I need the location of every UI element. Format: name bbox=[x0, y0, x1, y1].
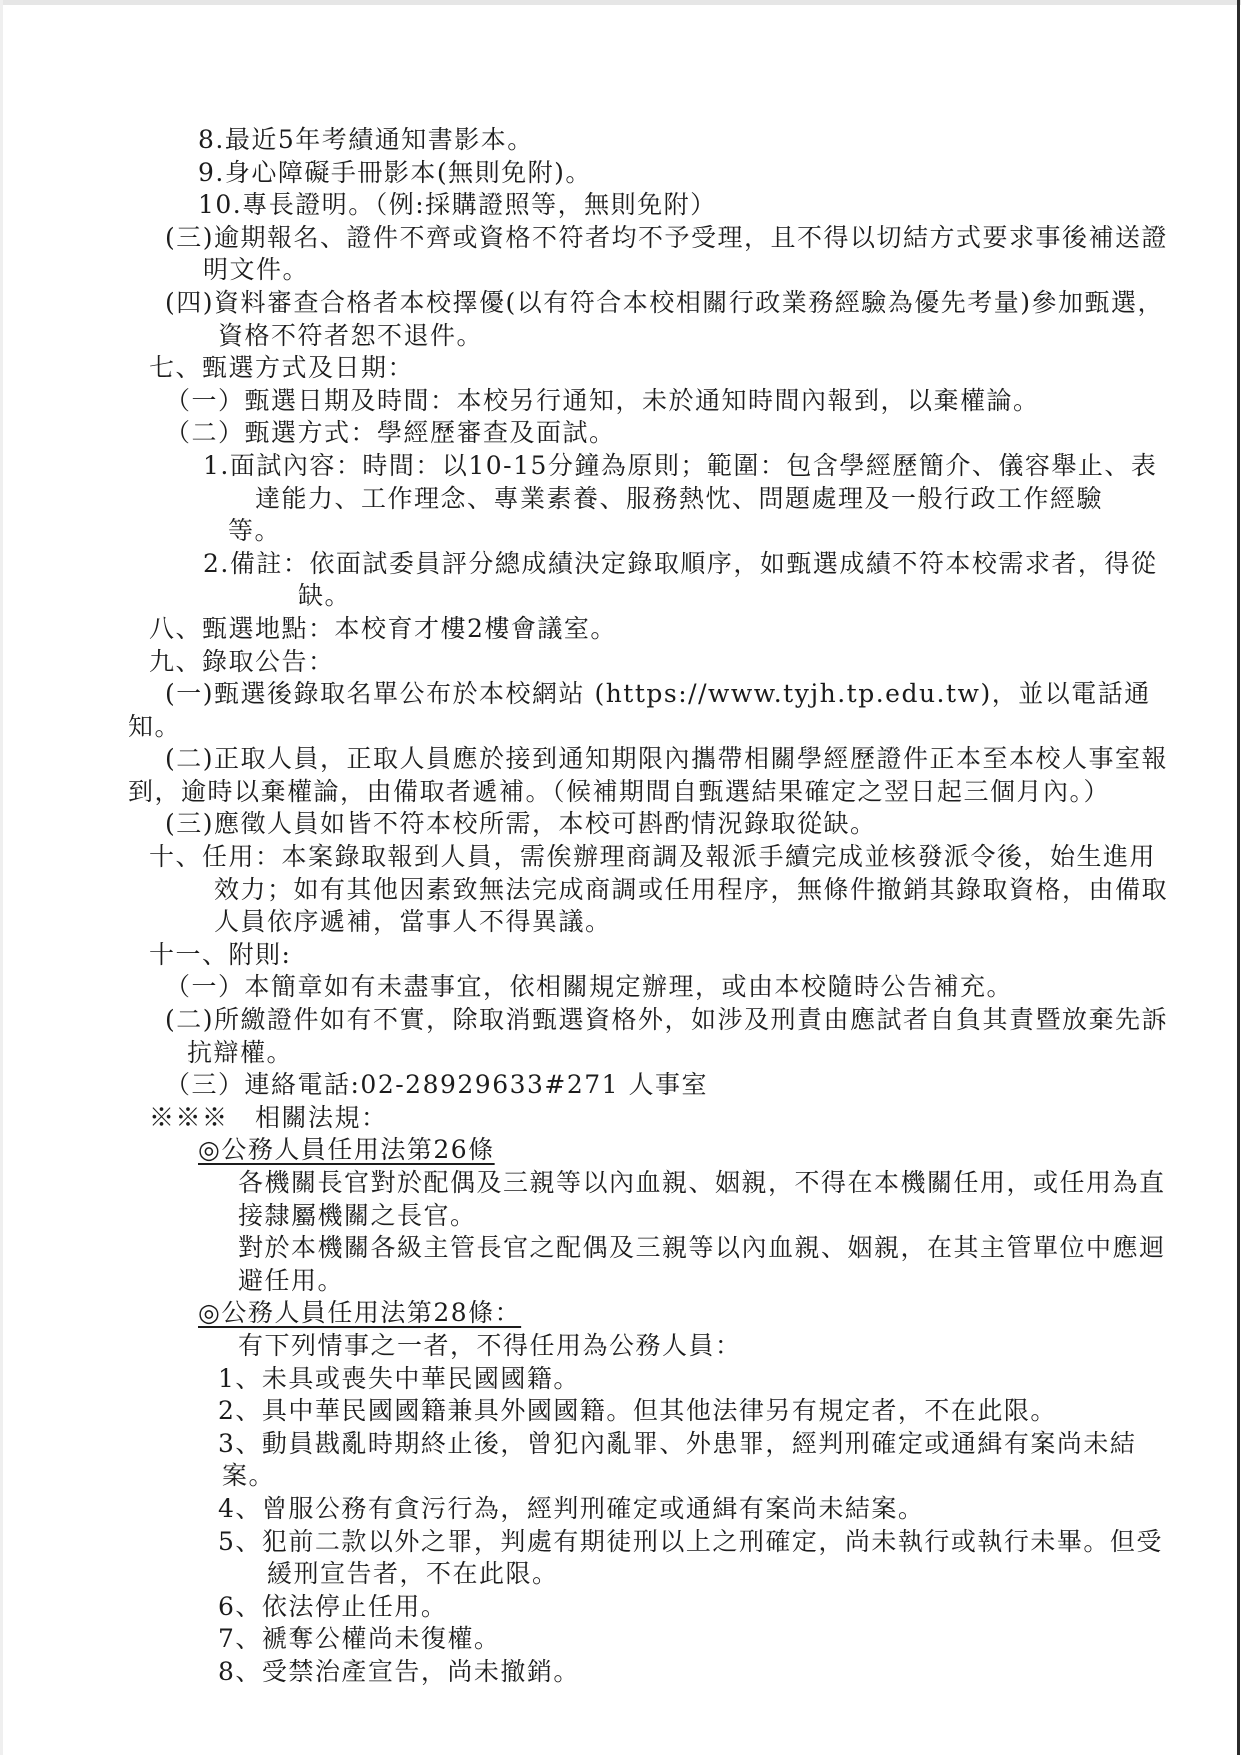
text-line: 對於本機關各級主管長官之配偶及三親等以內血親、姻親，在其主管單位中應迴 bbox=[0, 1232, 1233, 1265]
text-line: 有下列情事之一者，不得任用為公務人員： bbox=[0, 1330, 1233, 1363]
scan-edge-right bbox=[1237, 0, 1240, 1755]
text-line: 9.身心障礙手冊影本(無則免附)。 bbox=[0, 157, 1233, 190]
text-line: 10.專長證明。（例:採購證照等，無則免附） bbox=[0, 189, 1233, 222]
text-line: 七、甄選方式及日期： bbox=[0, 352, 1233, 385]
text-line: 4、曾服公務有貪污行為，經判刑確定或通緝有案尚未結案。 bbox=[0, 1493, 1233, 1526]
text-line: 1、未具或喪失中華民國國籍。 bbox=[0, 1363, 1233, 1396]
text-line: 知。 bbox=[0, 711, 1233, 744]
text-line: 十一、附則: bbox=[0, 939, 1233, 972]
document-body: 8.最近5年考績通知書影本。9.身心障礙手冊影本(無則免附)。10.專長證明。（… bbox=[0, 124, 1233, 1689]
text-line: 效力；如有其他因素致無法完成商調或任用程序，無條件撤銷其錄取資格，由備取 bbox=[0, 874, 1233, 907]
law-heading-line: ◎公務人員任用法第28條： bbox=[0, 1297, 1233, 1330]
text-line: 案。 bbox=[0, 1460, 1233, 1493]
text-line: 八、甄選地點：本校育才樓2樓會議室。 bbox=[0, 613, 1233, 646]
text-line: ※※※ 相關法規： bbox=[0, 1102, 1233, 1135]
text-line: 十、任用：本案錄取報到人員，需俟辦理商調及報派手續完成並核發派令後，始生進用 bbox=[0, 841, 1233, 874]
text-line: 抗辯權。 bbox=[0, 1037, 1233, 1070]
text-line: 6、依法停止任用。 bbox=[0, 1591, 1233, 1624]
text-line: 各機關長官對於配偶及三親等以內血親、姻親，不得在本機關任用，或任用為直 bbox=[0, 1167, 1233, 1200]
text-line: 5、犯前二款以外之罪，判處有期徒刑以上之刑確定，尚未執行或執行未畢。但受 bbox=[0, 1526, 1233, 1559]
text-line: 緩刑宣告者，不在此限。 bbox=[0, 1558, 1233, 1591]
text-line: 明文件。 bbox=[0, 254, 1233, 287]
text-line: 3、動員戡亂時期終止後，曾犯內亂罪、外患罪，經判刑確定或通緝有案尚未結 bbox=[0, 1428, 1233, 1461]
text-line: 1.面試內容：時間：以10-15分鐘為原則；範圍：包含學經歷簡介、儀容舉止、表 bbox=[0, 450, 1233, 483]
text-line: 等。 bbox=[0, 515, 1233, 548]
scan-edge-top bbox=[0, 0, 1241, 5]
text-line: （一）本簡章如有未盡事宜，依相關規定辦理，或由本校隨時公告補充。 bbox=[0, 971, 1233, 1004]
text-line: 接隸屬機關之長官。 bbox=[0, 1200, 1233, 1233]
text-line: 到，逾時以棄權論，由備取者遞補。（候補期間自甄選結果確定之翌日起三個月內。） bbox=[0, 776, 1233, 809]
text-line: 缺。 bbox=[0, 580, 1233, 613]
document-page: 8.最近5年考績通知書影本。9.身心障礙手冊影本(無則免附)。10.專長證明。（… bbox=[0, 0, 1241, 1755]
text-line: 8、受禁治產宣告，尚未撤銷。 bbox=[0, 1656, 1233, 1689]
text-line: 資格不符者恕不退件。 bbox=[0, 320, 1233, 353]
text-line: （二）甄選方式：學經歷審查及面試。 bbox=[0, 417, 1233, 450]
text-line: （一）甄選日期及時間：本校另行通知，未於通知時間內報到，以棄權論。 bbox=[0, 385, 1233, 418]
text-line: (一)甄選後錄取名單公布於本校網站 (https://www.tyjh.tp.e… bbox=[0, 678, 1233, 711]
text-line: (四)資料審查合格者本校擇優(以有符合本校相關行政業務經驗為優先考量)參加甄選， bbox=[0, 287, 1233, 320]
text-line: 人員依序遞補，當事人不得異議。 bbox=[0, 906, 1233, 939]
law-heading-line: ◎公務人員任用法第26條 bbox=[0, 1134, 1233, 1167]
text-line: (二)正取人員，正取人員應於接到通知期限內攜帶相關學經歷證件正本至本校人事室報 bbox=[0, 743, 1233, 776]
text-line: （三）連絡電話:02-28929633#271 人事室 bbox=[0, 1069, 1233, 1102]
text-line: (二)所繳證件如有不實，除取消甄選資格外，如涉及刑責由應試者自負其責暨放棄先訴 bbox=[0, 1004, 1233, 1037]
text-line: 達能力、工作理念、專業素養、服務熱忱、問題處理及一般行政工作經驗 bbox=[0, 483, 1233, 516]
text-line: (三)應徵人員如皆不符本校所需，本校可斟酌情況錄取從缺。 bbox=[0, 808, 1233, 841]
text-line: 避任用。 bbox=[0, 1265, 1233, 1298]
text-line: 九、錄取公告： bbox=[0, 646, 1233, 679]
text-line: (三)逾期報名、證件不齊或資格不符者均不予受理，且不得以切結方式要求事後補送證 bbox=[0, 222, 1233, 255]
text-line: 7、褫奪公權尚未復權。 bbox=[0, 1623, 1233, 1656]
text-line: 8.最近5年考績通知書影本。 bbox=[0, 124, 1233, 157]
text-line: 2、具中華民國國籍兼具外國國籍。但其他法律另有規定者，不在此限。 bbox=[0, 1395, 1233, 1428]
text-line: 2.備註：依面試委員評分總成績決定錄取順序，如甄選成績不符本校需求者，得從 bbox=[0, 548, 1233, 581]
